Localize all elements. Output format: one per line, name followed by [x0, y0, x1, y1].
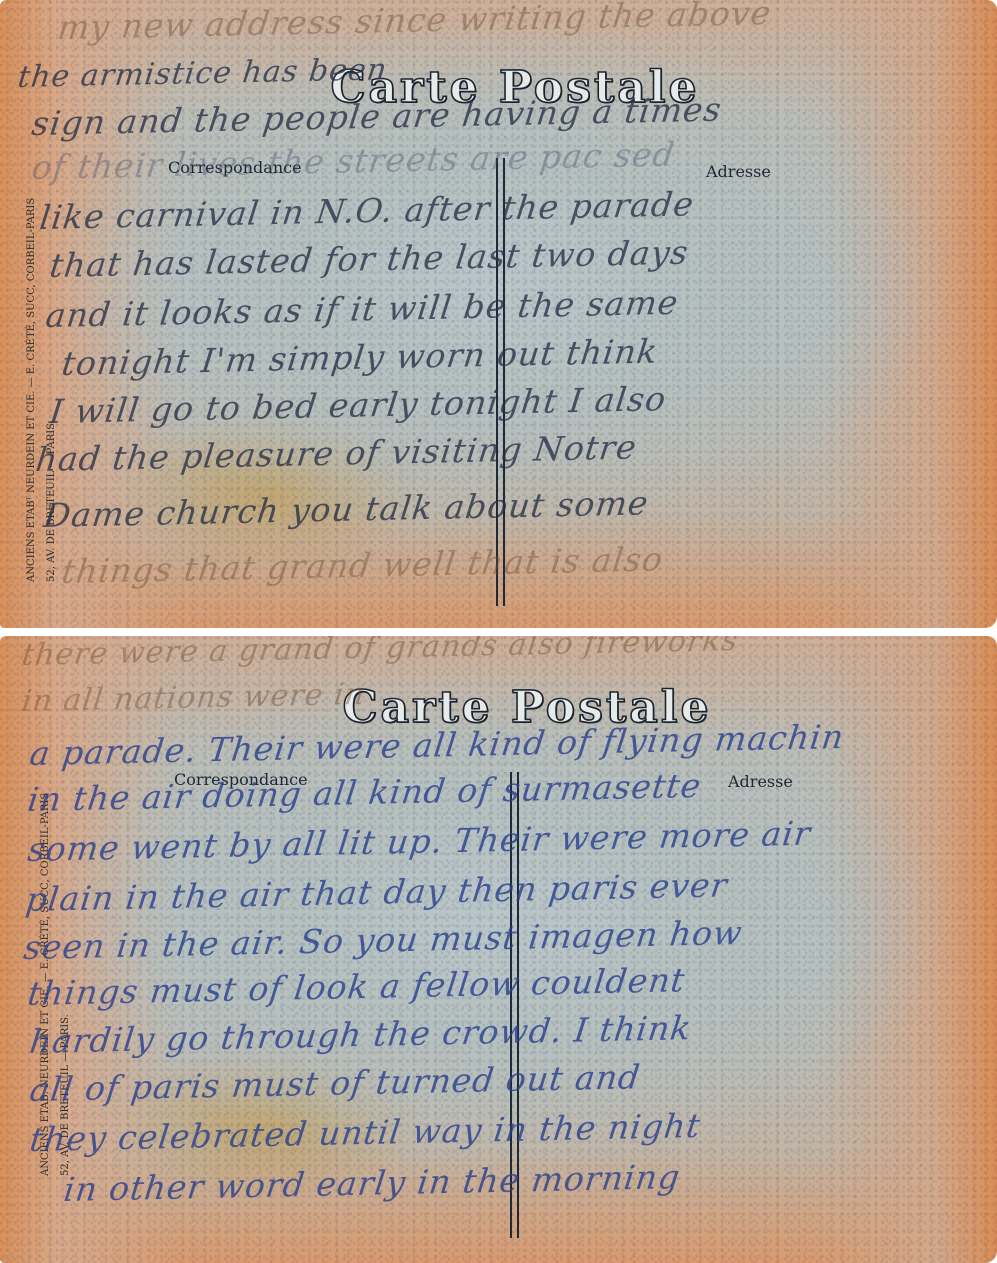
handwriting-line: they celebrated until way in the night: [28, 1106, 703, 1159]
handwriting-line: a parade. Their were all kind of flying …: [28, 717, 847, 773]
postcard-top: Carte Postale Correspondance Adresse ANC…: [0, 0, 997, 628]
address-label: Adresse: [728, 772, 793, 791]
handwriting-line: Dame church you talk about some: [42, 483, 651, 535]
handwriting-line: in the air doing all kind of surmasette: [26, 766, 704, 819]
handwriting-line: seen in the air. So you must imagen how: [22, 913, 745, 967]
handwriting-line: things must of look a fellow couldent: [26, 960, 688, 1013]
bleed-through-line: in all nations were in: [20, 677, 367, 719]
handwriting-line: had the pleasure of visiting Notre: [34, 427, 639, 479]
handwriting-line: and it looks as if it will be the same: [44, 283, 681, 335]
handwriting-line: all of paris must of turned out and: [28, 1057, 643, 1109]
handwriting-line: some went by all lit up. Their were more…: [26, 814, 814, 869]
handwriting-line: my new address since writing the above: [56, 0, 774, 47]
handwriting-line: of their lives the streets are pac sed: [30, 135, 678, 187]
bleed-through-line: there were a grand of grands also firewo…: [20, 636, 740, 673]
handwriting-line: things that grand well that is also: [60, 539, 666, 591]
handwriting-line: tonight I'm simply worn out think: [60, 332, 661, 383]
postcard-bottom: Carte Postale Correspondance Adresse ANC…: [0, 636, 997, 1263]
handwriting-line: I will go to bed early tonight I also: [48, 379, 669, 431]
publisher-imprint: ANCIENS ETABᵀ NEURDEIN ET CIE. — E. CRÉT…: [26, 198, 37, 582]
handwriting-line: like carnival in N.O. after the parade: [38, 184, 697, 237]
handwriting-line: that has lasted for the last two days: [48, 233, 691, 285]
handwriting-line: hardily go through the crowd. I think: [28, 1008, 694, 1061]
address-label: Adresse: [706, 162, 771, 181]
handwriting-line: in other word early in the morning: [62, 1157, 683, 1209]
handwriting-line: plain in the air that day then paris eve…: [24, 865, 730, 919]
